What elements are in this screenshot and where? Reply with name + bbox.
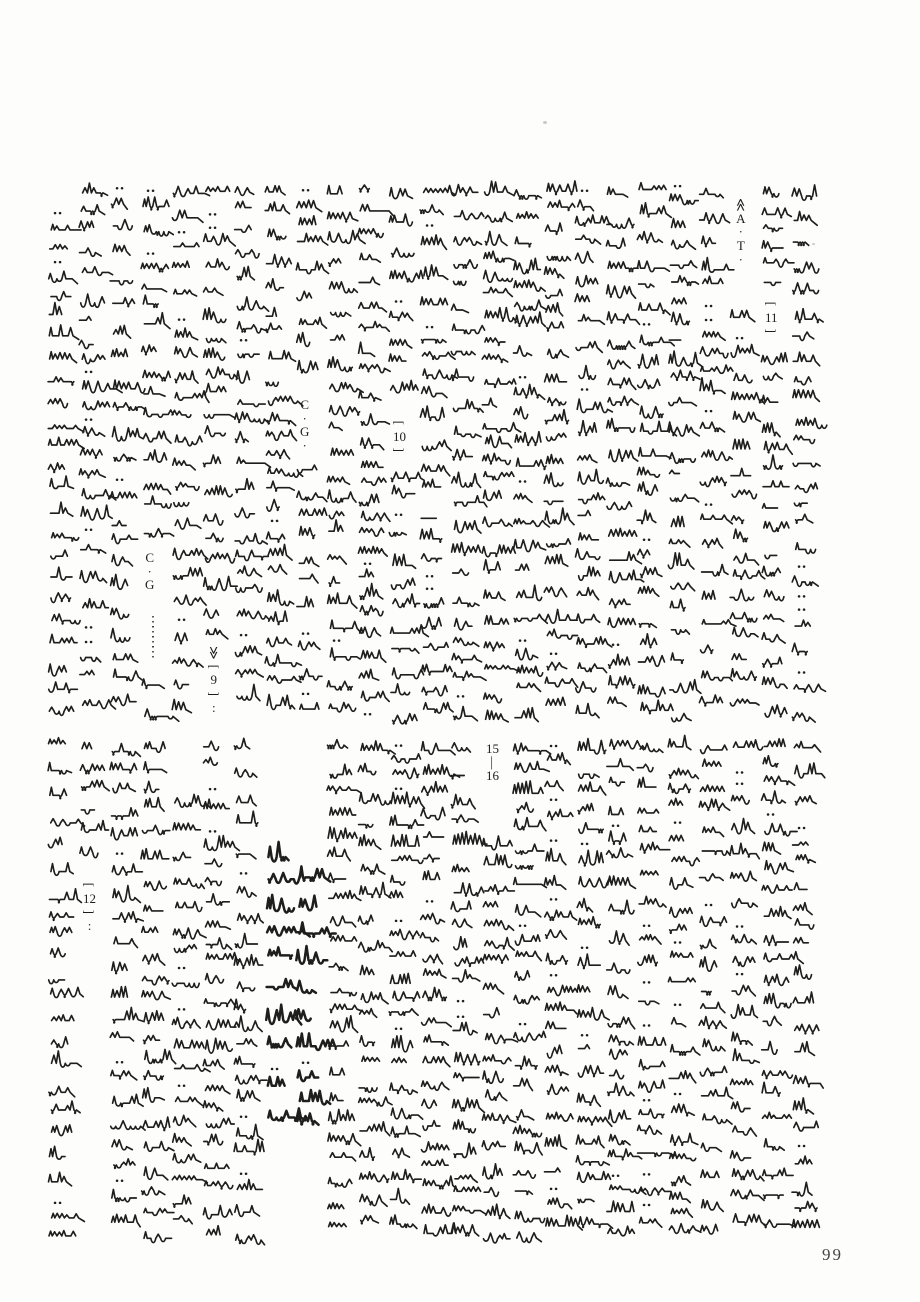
scanned-page: ≪A·T·[11][10]C·G·C·G⋮⋮⋮⋮≫[9]:[12]:15—16 … [0,0,920,1302]
fragment-citation-12: [12]: [83,878,96,933]
fragment-range-15-16: 15—16 [486,742,499,783]
mongolian-text-columns [0,0,920,1302]
fragment-base-pair-CG-2: C·G [145,551,154,592]
paper-speck [543,121,547,124]
fragment-quote-close-9: ≫[9]: [207,646,221,714]
paper-speck [812,243,815,245]
fragment-dot-leader: ⋮⋮⋮⋮ [146,618,160,658]
page-number: 99 [822,1245,843,1265]
fragment-quote-open-AT: ≪A·T· [734,198,748,266]
fragment-base-pair-CG-1: C·G· [300,398,309,453]
fragment-citation-10: [10] [393,416,406,457]
fragment-citation-11: [11] [765,297,778,338]
